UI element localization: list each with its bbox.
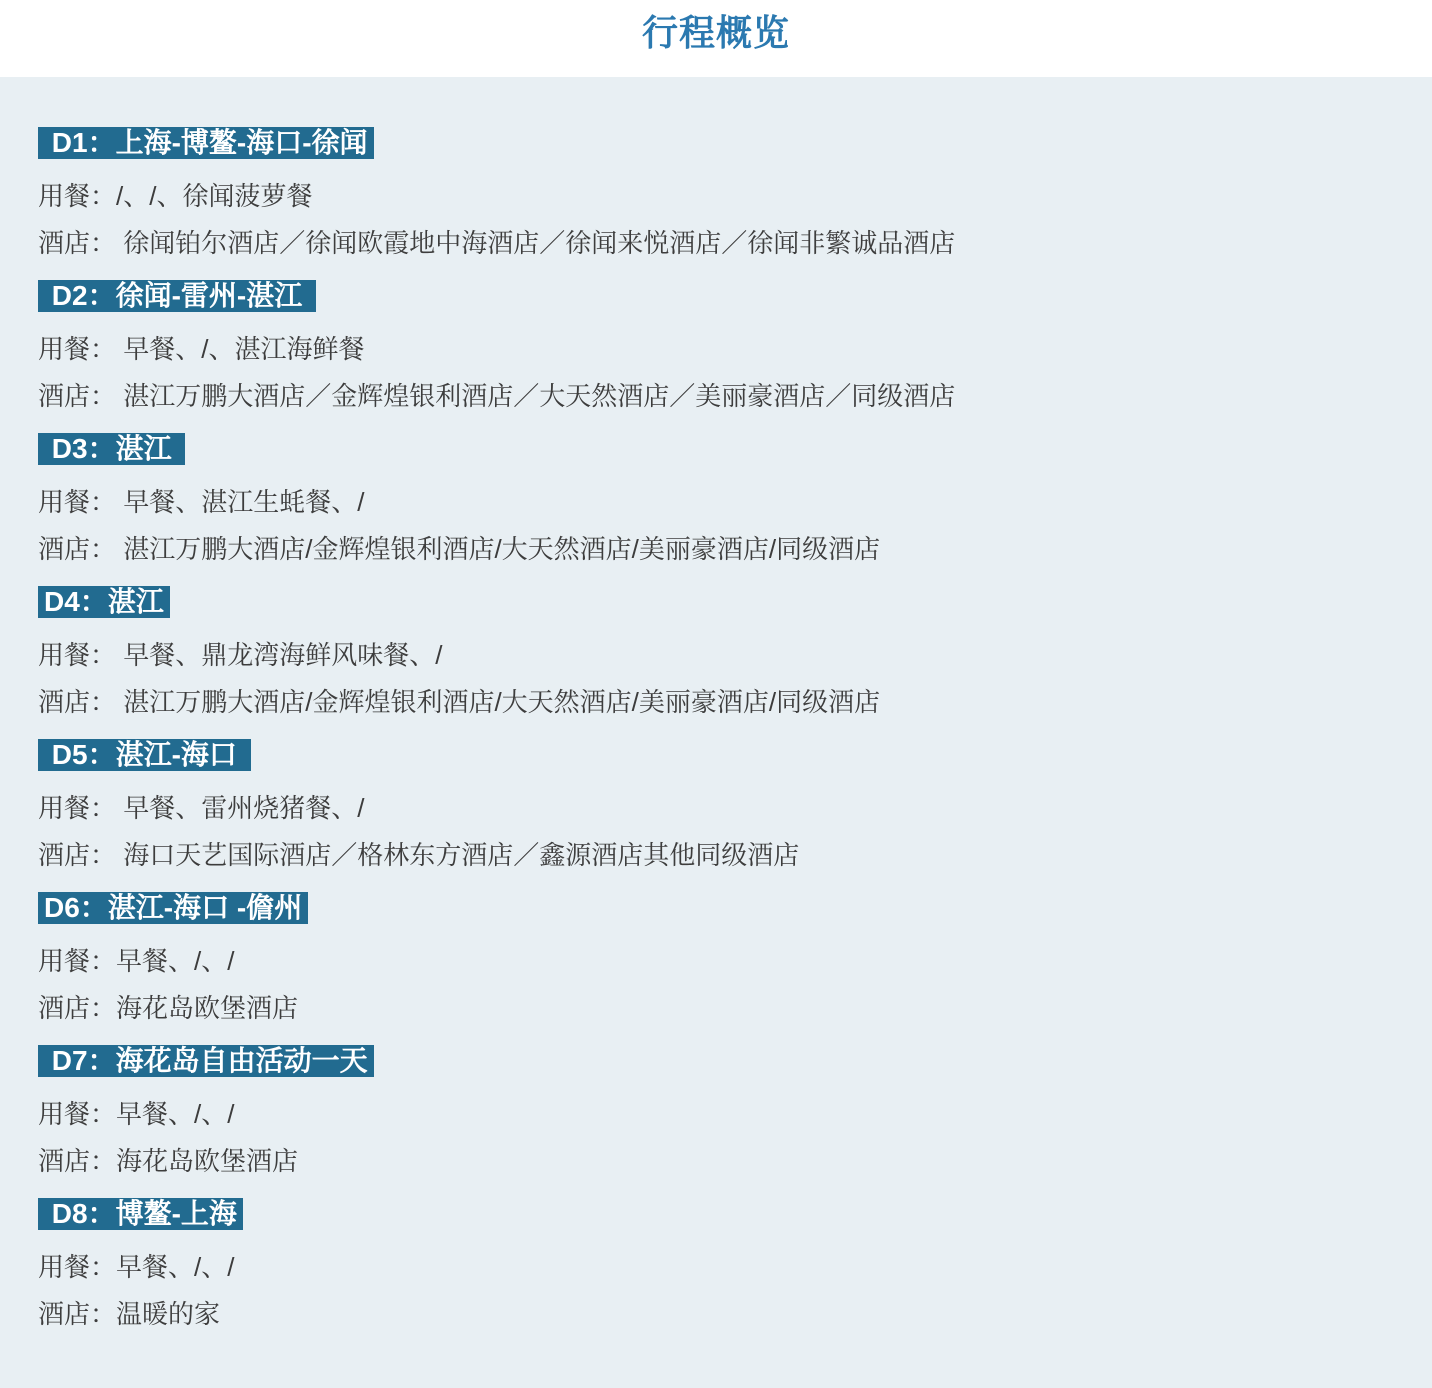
title-band: 行程概览 — [0, 0, 1432, 77]
day-section-d8: D8：博鳌-上海 用餐：早餐、/、/ 酒店：温暖的家 — [38, 1198, 1412, 1330]
meals-line: 用餐： 早餐、/、湛江海鲜餐 — [38, 334, 1412, 365]
day-header: D7：海花岛自由活动一天 — [38, 1045, 374, 1077]
day-header: D4：湛江 — [38, 586, 170, 618]
day-section-d7: D7：海花岛自由活动一天 用餐：早餐、/、/ 酒店：海花岛欧堡酒店 — [38, 1045, 1412, 1177]
day-header: D6：湛江-海口 -儋州 — [38, 892, 308, 924]
day-section-d6: D6：湛江-海口 -儋州 用餐：早餐、/、/ 酒店：海花岛欧堡酒店 — [38, 892, 1412, 1024]
day-header: D2：徐闻-雷州-湛江 — [38, 280, 316, 312]
day-header: D5：湛江-海口 — [38, 739, 251, 771]
meals-line: 用餐： 早餐、雷州烧猪餐、/ — [38, 793, 1412, 824]
day-section-d1: D1：上海-博鳌-海口-徐闻 用餐：/、/、徐闻菠萝餐 酒店： 徐闻铂尔酒店／徐… — [38, 127, 1412, 259]
meals-line: 用餐：/、/、徐闻菠萝餐 — [38, 181, 1412, 212]
hotels-line: 酒店： 徐闻铂尔酒店／徐闻欧霞地中海酒店／徐闻来悦酒店／徐闻非繁诚品酒店 — [38, 228, 1412, 259]
meals-line: 用餐： 早餐、鼎龙湾海鲜风味餐、/ — [38, 640, 1412, 671]
meals-line: 用餐：早餐、/、/ — [38, 946, 1412, 977]
day-section-d5: D5：湛江-海口 用餐： 早餐、雷州烧猪餐、/ 酒店： 海口天艺国际酒店／格林东… — [38, 739, 1412, 871]
meals-line: 用餐：早餐、/、/ — [38, 1099, 1412, 1130]
itinerary-overview: D1：上海-博鳌-海口-徐闻 用餐：/、/、徐闻菠萝餐 酒店： 徐闻铂尔酒店／徐… — [0, 77, 1432, 1388]
hotels-line: 酒店： 湛江万鹏大酒店/金辉煌银利酒店/大天然酒店/美丽豪酒店/同级酒店 — [38, 687, 1412, 718]
day-header: D8：博鳌-上海 — [38, 1198, 243, 1230]
hotels-line: 酒店： 海口天艺国际酒店／格林东方酒店／鑫源酒店其他同级酒店 — [38, 840, 1412, 871]
day-section-d3: D3：湛江 用餐： 早餐、湛江生蚝餐、/ 酒店： 湛江万鹏大酒店/金辉煌银利酒店… — [38, 433, 1412, 565]
day-section-d4: D4：湛江 用餐： 早餐、鼎龙湾海鲜风味餐、/ 酒店： 湛江万鹏大酒店/金辉煌银… — [38, 586, 1412, 718]
hotels-line: 酒店：海花岛欧堡酒店 — [38, 993, 1412, 1024]
day-header: D1：上海-博鳌-海口-徐闻 — [38, 127, 374, 159]
hotels-line: 酒店： 湛江万鹏大酒店/金辉煌银利酒店/大天然酒店/美丽豪酒店/同级酒店 — [38, 534, 1412, 565]
page-title: 行程概览 — [0, 0, 1432, 53]
itinerary-page: 行程概览 D1：上海-博鳌-海口-徐闻 用餐：/、/、徐闻菠萝餐 酒店： 徐闻铂… — [0, 0, 1432, 1388]
day-header: D3：湛江 — [38, 433, 185, 465]
meals-line: 用餐： 早餐、湛江生蚝餐、/ — [38, 487, 1412, 518]
hotels-line: 酒店： 湛江万鹏大酒店／金辉煌银利酒店／大天然酒店／美丽豪酒店／同级酒店 — [38, 381, 1412, 412]
hotels-line: 酒店：海花岛欧堡酒店 — [38, 1146, 1412, 1177]
meals-line: 用餐：早餐、/、/ — [38, 1252, 1412, 1283]
day-section-d2: D2：徐闻-雷州-湛江 用餐： 早餐、/、湛江海鲜餐 酒店： 湛江万鹏大酒店／金… — [38, 280, 1412, 412]
hotels-line: 酒店：温暖的家 — [38, 1299, 1412, 1330]
